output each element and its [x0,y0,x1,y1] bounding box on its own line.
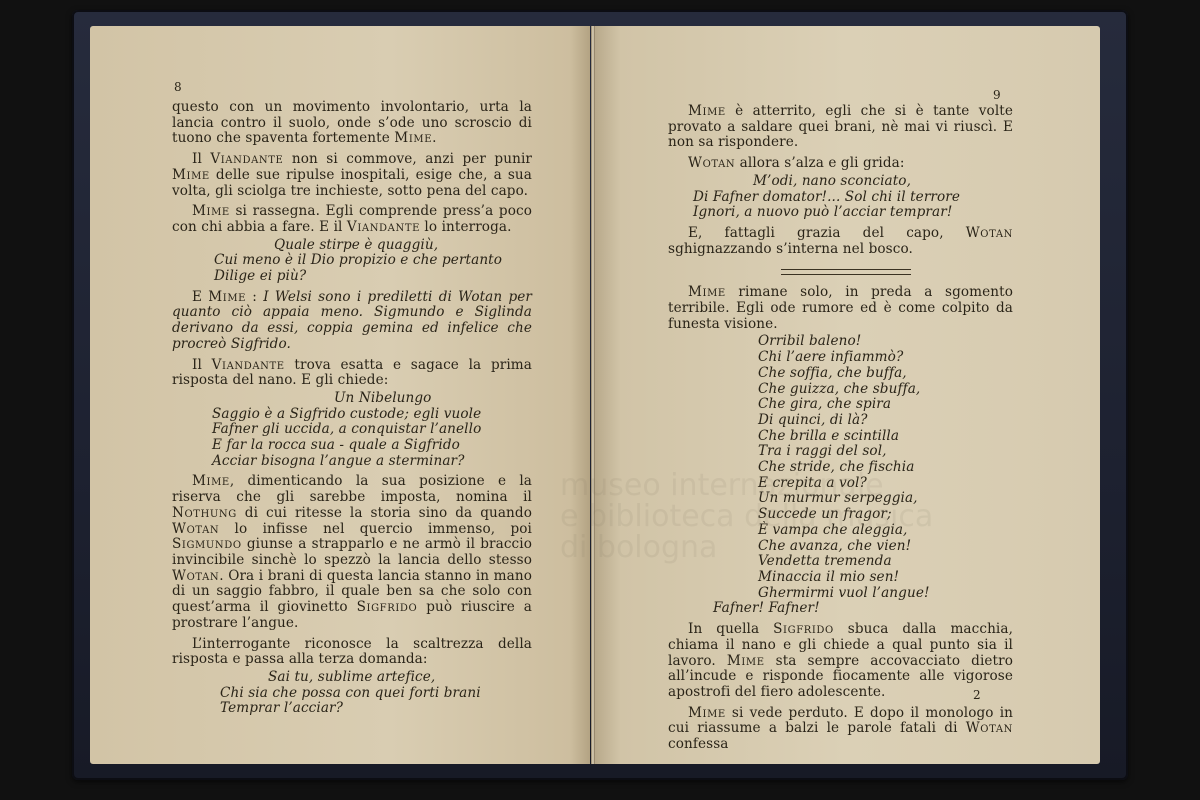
paragraph: Mime rimane solo, in preda a sgomento te… [668,285,1013,332]
text-run: lo interroga. [420,219,512,235]
character-name: Mime [172,167,210,183]
character-name: Mime [208,289,246,305]
paragraph: Mime si rassegna. Egli comprende press’a… [172,204,532,235]
right-page-text: Mime è atterrito, egli che si è tante vo… [668,104,1013,753]
verse-line: Acciar bisogna l’angue a sterminar? [212,454,532,470]
character-name: Viandante [347,219,420,235]
page-number-right: 9 [993,88,1001,102]
verse-line: M’odi, nano sconciato, [753,174,1013,190]
verse-line: Chi l’aere infiammò? [758,350,1013,366]
verse-line: Cui meno è il Dio propizio e che pertant… [214,253,532,269]
verse-line: Che brilla e scintilla [758,429,1013,445]
page-number-left: 8 [174,80,182,94]
text-run: di cui ritesse la storia sino da quando [237,505,532,521]
text-run: allora s’alza e gli grida: [735,155,904,171]
text-run: questo con un movimento involontario, ur… [172,99,532,146]
paragraph: Wotan allora s’alza e gli grida: [668,156,1013,172]
verse-line: Orribil baleno! [758,334,1013,350]
character-name: Wotan [172,568,219,584]
character-name: Mime [394,130,432,146]
text-run: non si commove, anzi per punir [283,151,532,167]
paragraph: Il Viandante non si commove, anzi per pu… [172,152,532,199]
paragraph: questo con un movimento involontario, ur… [172,100,532,147]
verse-line: Un murmur serpeggia, [758,491,1013,507]
character-name: Viandante [212,357,285,373]
right-page: 9 Mime è atterrito, egli che si è tante … [595,26,1100,764]
text-run: confessa [668,736,729,752]
paragraph: E, fattagli grazia del capo, Wotan sghig… [668,226,1013,257]
verse-line: Che stride, che fischia [758,460,1013,476]
verse-block: Quale stirpe è quaggiù,Cui meno è il Dio… [214,238,532,285]
text-run: Il [192,357,212,373]
text-run: In quella [688,621,773,637]
verse-block: Orribil baleno!Chi l’aere infiammò?Che s… [758,334,1013,617]
text-run: L’interrogante riconosce la scaltrezza d… [172,636,532,668]
character-name: Mime [688,103,726,119]
text-run: . [432,130,436,146]
text-run: delle sue ripulse inospitali, esige che,… [172,167,532,199]
text-run: E [192,289,208,305]
paragraph: L’interrogante riconosce la scaltrezza d… [172,637,532,668]
verse-line: Che gira, che spira [758,397,1013,413]
verse-block: Un NibelungoSaggio è a Sigfrido custode;… [212,391,532,470]
verse-line: Tra i raggi del sol, [758,444,1013,460]
verse-line: Ghermirmi vuol l’angue! [758,586,1013,602]
verse-line: Un Nibelungo [334,391,532,407]
verse-line: Di quinci, di là? [758,413,1013,429]
character-name: Viandante [210,151,283,167]
character-name: Sigfrido [773,621,834,637]
character-name: Mime [192,203,230,219]
verse-line: Saggio è a Sigfrido custode; egli vuole [212,407,532,423]
verse-line: Vendetta tremenda [758,554,1013,570]
left-page-text: questo con un movimento involontario, ur… [172,100,532,719]
verse-line: Che soffia, che buffa, [758,366,1013,382]
text-run: Il [192,151,210,167]
character-name: Sigfrido [357,599,418,615]
text-run: E, fattagli grazia del capo, [688,225,966,241]
paragraph: Mime si vede perduto. E dopo il monologo… [668,706,1013,753]
character-name: Nothung [172,505,237,521]
character-name: Mime [688,284,726,300]
character-name: Wotan [688,155,735,171]
verse-line: Sai tu, sublime artefice, [268,670,532,686]
verse-line: Dilige ei più? [214,269,532,285]
signature-mark: 2 [973,688,981,702]
text-run: : [246,289,263,305]
character-name: Wotan [172,521,219,537]
paragraph: In quella Sigfrido sbuca dalla macchia, … [668,622,1013,701]
verse-line: Chi sia che possa con quei forti brani [220,686,532,702]
paragraph: Mime, dimenticando la sua posizione e la… [172,474,532,631]
text-run: sghignazzando s’interna nel bosco. [668,241,913,257]
section-divider [781,269,911,275]
character-name: Mime [192,473,230,489]
character-name: Wotan [966,225,1013,241]
character-name: Sigmundo [172,536,242,552]
left-page: 8 questo con un movimento involontario, … [90,26,590,764]
verse-line: Che avanza, che vien! [758,539,1013,555]
verse-line: Quale stirpe è quaggiù, [274,238,532,254]
verse-line: È vampa che aleggia, [758,523,1013,539]
paragraph: Mime è atterrito, egli che si è tante vo… [668,104,1013,151]
verse-line: Temprar l’acciar? [220,701,532,717]
paragraph: E Mime : I Welsi sono i prediletti di Wo… [172,290,532,353]
verse-line: Che guizza, che sbuffa, [758,382,1013,398]
paragraph: Il Viandante trova esatta e sagace la pr… [172,358,532,389]
verse-line: Fafner! Fafner! [713,601,1013,617]
character-name: Mime [727,653,765,669]
verse-line: E crepita a vol? [758,476,1013,492]
verse-line: Succede un fragor; [758,507,1013,523]
text-run: lo infisse nel quercio immenso, poi [219,521,532,537]
verse-line: Di Fafner domator!... Sol chi il terrore [693,190,1013,206]
verse-block: M’odi, nano sconciato,Di Fafner domator!… [693,174,1013,221]
verse-line: E far la rocca sua - quale a Sigfrido [212,438,532,454]
verse-block: Sai tu, sublime artefice,Chi sia che pos… [220,670,532,717]
verse-line: Fafner gli uccida, a conquistar l’anello [212,422,532,438]
verse-line: Minaccia il mio sen! [758,570,1013,586]
verse-line: Ignori, a nuovo può l’acciar temprar! [693,205,1013,221]
character-name: Mime [688,705,726,721]
character-name: Wotan [966,720,1013,736]
